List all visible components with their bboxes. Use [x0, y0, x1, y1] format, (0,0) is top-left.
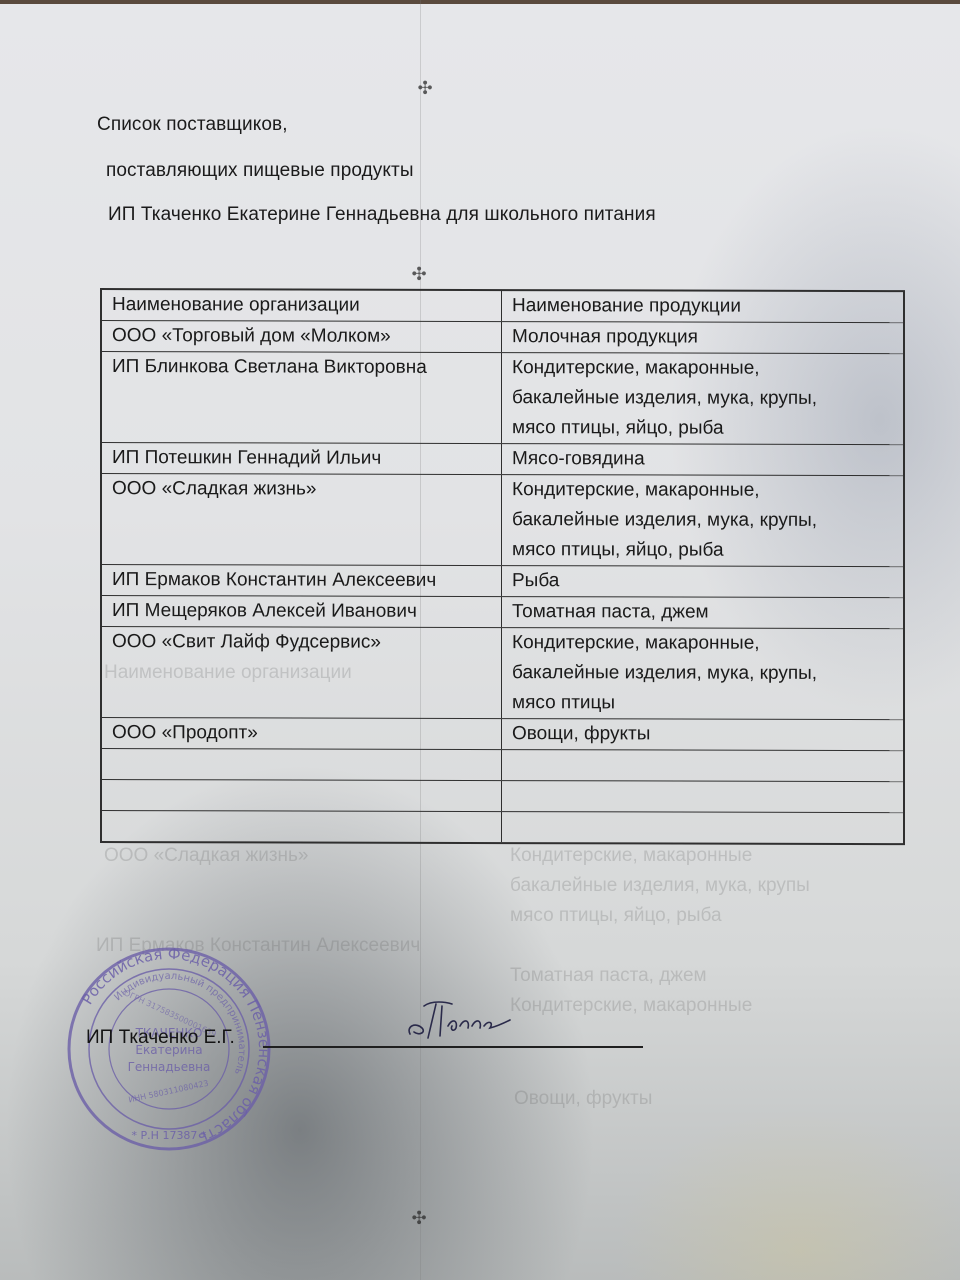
table-row: [102, 748, 903, 781]
table-header-row: Наименование организации Наименование пр…: [102, 290, 903, 322]
page-top-edge: [0, 0, 960, 4]
cell-organization: ООО «Свит Лайф Фудсервис»: [102, 627, 502, 718]
table-row: [102, 779, 903, 812]
supplier-table: Наименование организации Наименование пр…: [100, 288, 905, 845]
product-line: Кондитерские, макаронные,: [512, 628, 893, 659]
cell-organization: [102, 749, 502, 780]
table-row: ООО «Продопт»Овощи, фрукты: [102, 717, 903, 750]
cell-products: Томатная паста, джем: [502, 597, 903, 628]
stamp-inn: ИНН 580311080423: [128, 1079, 210, 1105]
table-row: ИП Ермаков Константин АлексеевичРыба: [102, 564, 903, 597]
signature-label: ИП Ткаченко Е.Г.: [86, 1027, 235, 1049]
cell-products: Мясо-говядина: [502, 444, 903, 475]
official-seal-stamp: Российская Федерация Пензенская область …: [64, 944, 274, 1154]
binding-hole-icon: ✣: [408, 264, 430, 286]
cell-products: Кондитерские, макаронные,бакалейные изде…: [502, 628, 903, 719]
cell-products: Рыба: [502, 566, 903, 597]
product-line: бакалейные изделия, мука, крупы,: [512, 658, 893, 689]
table-row: ИП Блинкова Светлана ВикторовнаКондитерс…: [102, 351, 903, 444]
table-row: ИП Мещеряков Алексей ИвановичТоматная па…: [102, 595, 903, 628]
product-line: [512, 781, 893, 782]
product-line: [512, 812, 893, 813]
product-line: мясо птицы: [512, 688, 893, 719]
cell-organization: ИП Блинкова Светлана Викторовна: [102, 352, 502, 443]
cell-organization: ООО «Продопт»: [102, 718, 502, 749]
cell-organization: ООО «Торговый дом «Молком»: [102, 321, 502, 352]
binding-hole-icon: ✣: [414, 78, 436, 100]
product-line: Кондитерские, макаронные,: [512, 353, 893, 384]
product-line: Кондитерские, макаронные,: [512, 475, 893, 506]
doc-title-line-1: Список поставщиков,: [97, 114, 288, 136]
table-row: ООО «Торговый дом «Молком»Молочная проду…: [102, 320, 903, 353]
product-line: бакалейные изделия, мука, крупы,: [512, 505, 893, 536]
show-through-text: Кондитерские, макаронные: [510, 995, 752, 1017]
cell-organization: ООО «Сладкая жизнь»: [102, 474, 502, 565]
product-line: мясо птицы, яйцо, рыба: [512, 413, 893, 444]
stamp-name-3: Геннадьевна: [128, 1060, 211, 1074]
header-organization: Наименование организации: [102, 290, 502, 321]
product-line: Овощи, фрукты: [512, 719, 893, 750]
show-through-text: бакалейные изделия, мука, крупы: [510, 875, 810, 897]
cell-organization: ИП Мещеряков Алексей Иванович: [102, 596, 502, 627]
cell-organization: ИП Ермаков Константин Алексеевич: [102, 565, 502, 596]
table-row: ООО «Свит Лайф Фудсервис»Кондитерские, м…: [102, 626, 903, 719]
cell-products: Овощи, фрукты: [502, 719, 903, 750]
show-through-text: мясо птицы, яйцо, рыба: [510, 905, 722, 927]
product-line: Томатная паста, джем: [512, 597, 893, 628]
show-through-text: Кондитерские, макаронные: [510, 845, 752, 867]
product-line: Молочная продукция: [512, 322, 893, 353]
cell-organization: [102, 811, 502, 842]
cell-organization: ИП Потешкин Геннадий Ильич: [102, 443, 502, 474]
show-through-text: Томатная паста, джем: [510, 965, 707, 987]
header-products: Наименование продукции: [502, 291, 903, 322]
show-through-text: ООО «Сладкая жизнь»: [104, 845, 309, 867]
table-row: ИП Потешкин Геннадий ИльичМясо-говядина: [102, 442, 903, 475]
table-row: [102, 810, 903, 843]
cell-products: [502, 781, 903, 812]
cell-products: Кондитерские, макаронные,бакалейные изде…: [502, 475, 903, 566]
cell-products: Молочная продукция: [502, 322, 903, 353]
binding-hole-icon: ✣: [408, 1208, 430, 1230]
cell-organization: [102, 780, 502, 811]
product-line: мясо птицы, яйцо, рыба: [512, 535, 893, 566]
table-row: ООО «Сладкая жизнь»Кондитерские, макарон…: [102, 473, 903, 566]
product-line: Рыба: [512, 566, 893, 597]
product-line: Мясо-говядина: [512, 444, 893, 475]
show-through-text: Овощи, фрукты: [514, 1088, 652, 1110]
handwritten-signature: [402, 996, 512, 1044]
stamp-reg-number: * Р.Н 17387 *: [132, 1129, 207, 1142]
cell-products: Кондитерские, макаронные,бакалейные изде…: [502, 353, 903, 444]
signature-line: [263, 1046, 643, 1048]
doc-title-line-2: поставляющих пищевые продукты: [106, 160, 414, 182]
doc-title-line-3: ИП Ткаченко Екатерине Геннадьевна для шк…: [108, 204, 656, 226]
product-line: бакалейные изделия, мука, крупы,: [512, 383, 893, 414]
product-line: [512, 750, 893, 751]
cell-products: [502, 812, 903, 843]
cell-products: [502, 750, 903, 781]
